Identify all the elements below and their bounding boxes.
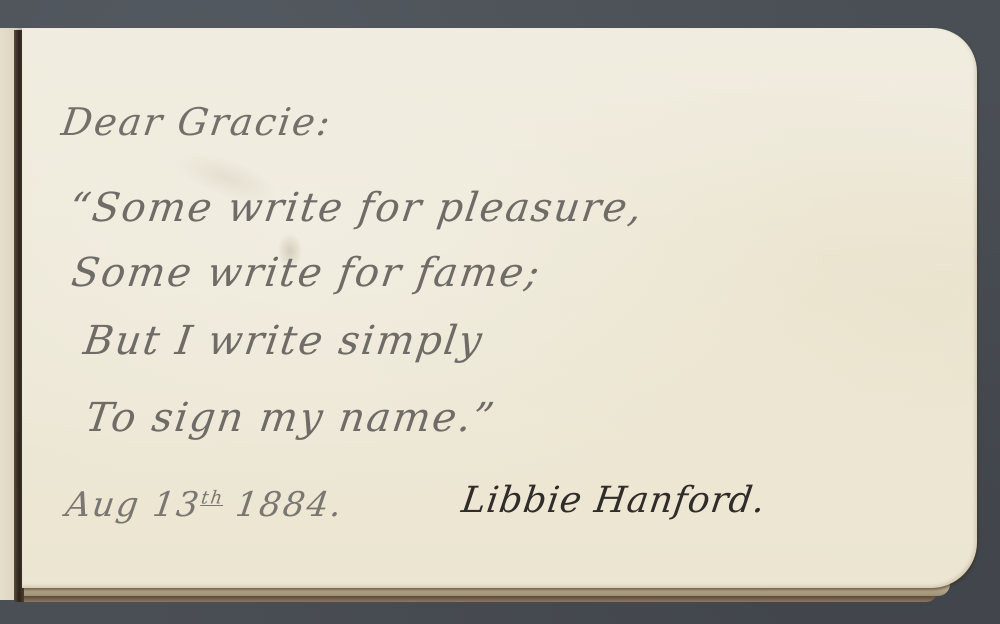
salutation: Dear Gracie:	[59, 100, 335, 144]
photo-scene: Dear Gracie: “Some write for pleasure, S…	[0, 0, 1000, 624]
signature: Libbie Hanford.	[459, 480, 768, 521]
verse-line-1: “Some write for pleasure,	[67, 185, 647, 231]
date-year: 1884.	[233, 485, 346, 525]
verse-line-3: But I write simply	[81, 318, 487, 364]
verse-line-2: Some write for fame;	[69, 250, 544, 296]
inscription-date: Aug 13th 1884.	[63, 485, 346, 525]
verse-line-4: To sign my name.”	[83, 395, 499, 441]
date-suffix: th	[200, 488, 226, 509]
date-month: Aug	[63, 485, 143, 525]
date-day: 13	[150, 485, 203, 525]
